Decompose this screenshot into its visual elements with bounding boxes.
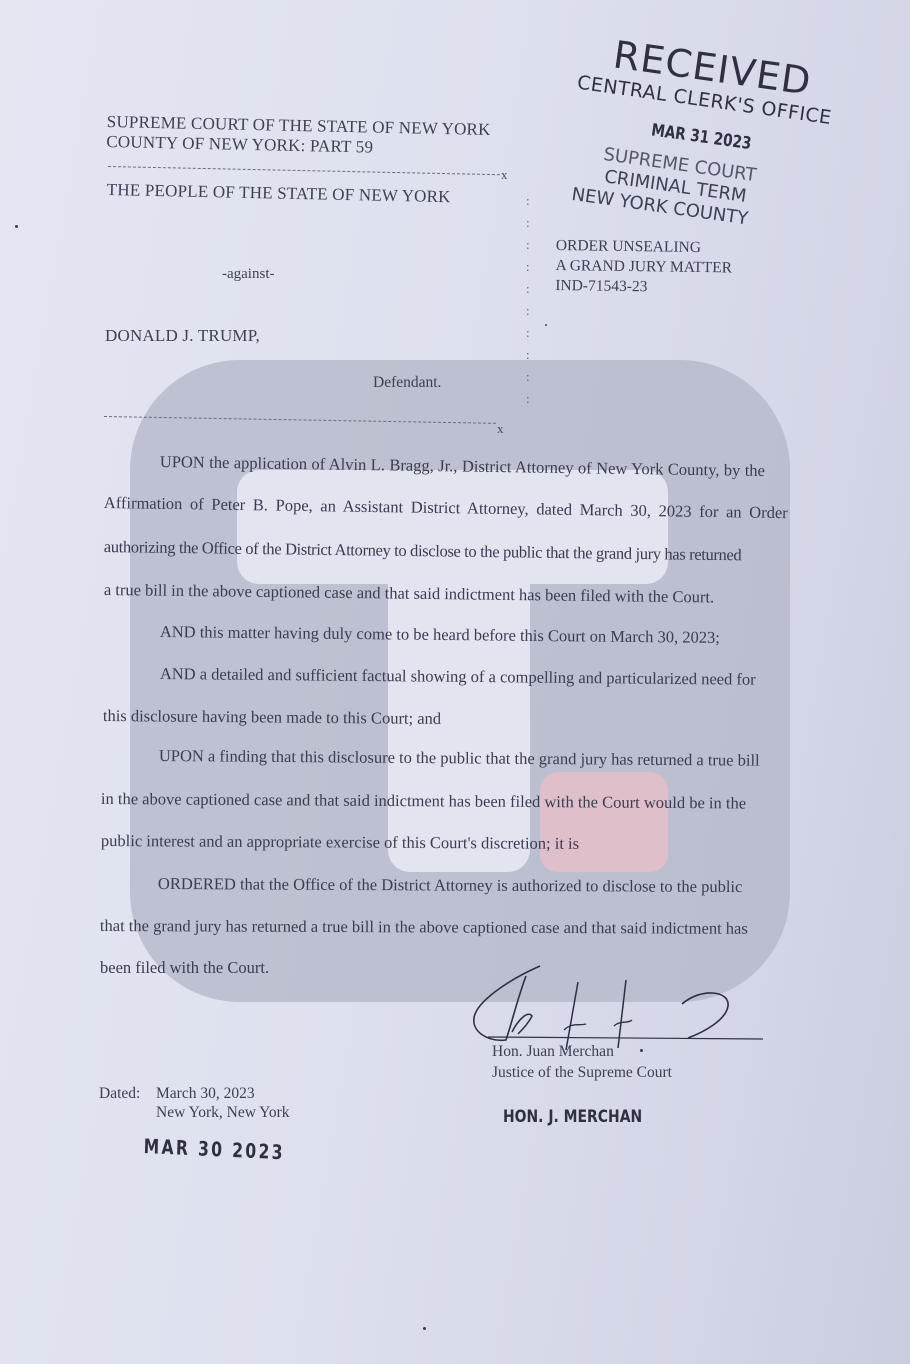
judge-name-stamp: HON. J. MERCHAN (503, 1107, 642, 1127)
body-line: ORDERED that the Office of the District … (158, 874, 743, 897)
order-title-line-1: ORDER UNSEALING (556, 236, 733, 258)
dated-date: March 30, 2023 (156, 1085, 255, 1103)
caption-bottom-x: x (497, 421, 504, 437)
paper-speck (640, 1049, 643, 1052)
dated-place: New York, New York (156, 1104, 290, 1122)
paper-speck (423, 1327, 426, 1330)
caption-colon-column: : : : : : : : : : : (526, 190, 536, 410)
watermark-accent-block (540, 772, 668, 872)
defendant-name: DONALD J. TRUMP, (105, 326, 260, 346)
plaintiff-name: THE PEOPLE OF THE STATE OF NEW YORK (107, 180, 451, 207)
paper-speck (545, 324, 547, 326)
paper-speck (15, 225, 18, 228)
court-name: SUPREME COURT OF THE STATE OF NEW YORK C… (106, 112, 491, 160)
caption-top-x: x (501, 167, 508, 183)
body-line: this disclosure having been made to this… (103, 706, 441, 729)
signature-block: Hon. Juan Merchan Justice of the Supreme… (492, 1041, 672, 1083)
filed-date-stamp: MAR 30 2023 (143, 1134, 285, 1164)
body-line: that the grand jury has returned a true … (100, 916, 748, 939)
against-label: -against- (222, 266, 274, 283)
judge-name: Hon. Juan Merchan (492, 1041, 672, 1062)
body-line: public interest and an appropriate exerc… (101, 831, 579, 854)
order-title: ORDER UNSEALING A GRAND JURY MATTER IND-… (555, 236, 732, 298)
order-title-line-2: A GRAND JURY MATTER (555, 256, 732, 278)
caption-top-divider (108, 166, 500, 175)
body-line: been filed with the Court. (100, 958, 269, 978)
watermark-t-bar (237, 470, 668, 584)
indictment-number: IND-71543-23 (555, 276, 732, 298)
dated-label: Dated: (99, 1085, 140, 1103)
defendant-label: Defendant. (373, 374, 441, 392)
received-stamp-date: MAR 31 2023 (650, 120, 753, 154)
judge-title: Justice of the Supreme Court (492, 1062, 672, 1083)
